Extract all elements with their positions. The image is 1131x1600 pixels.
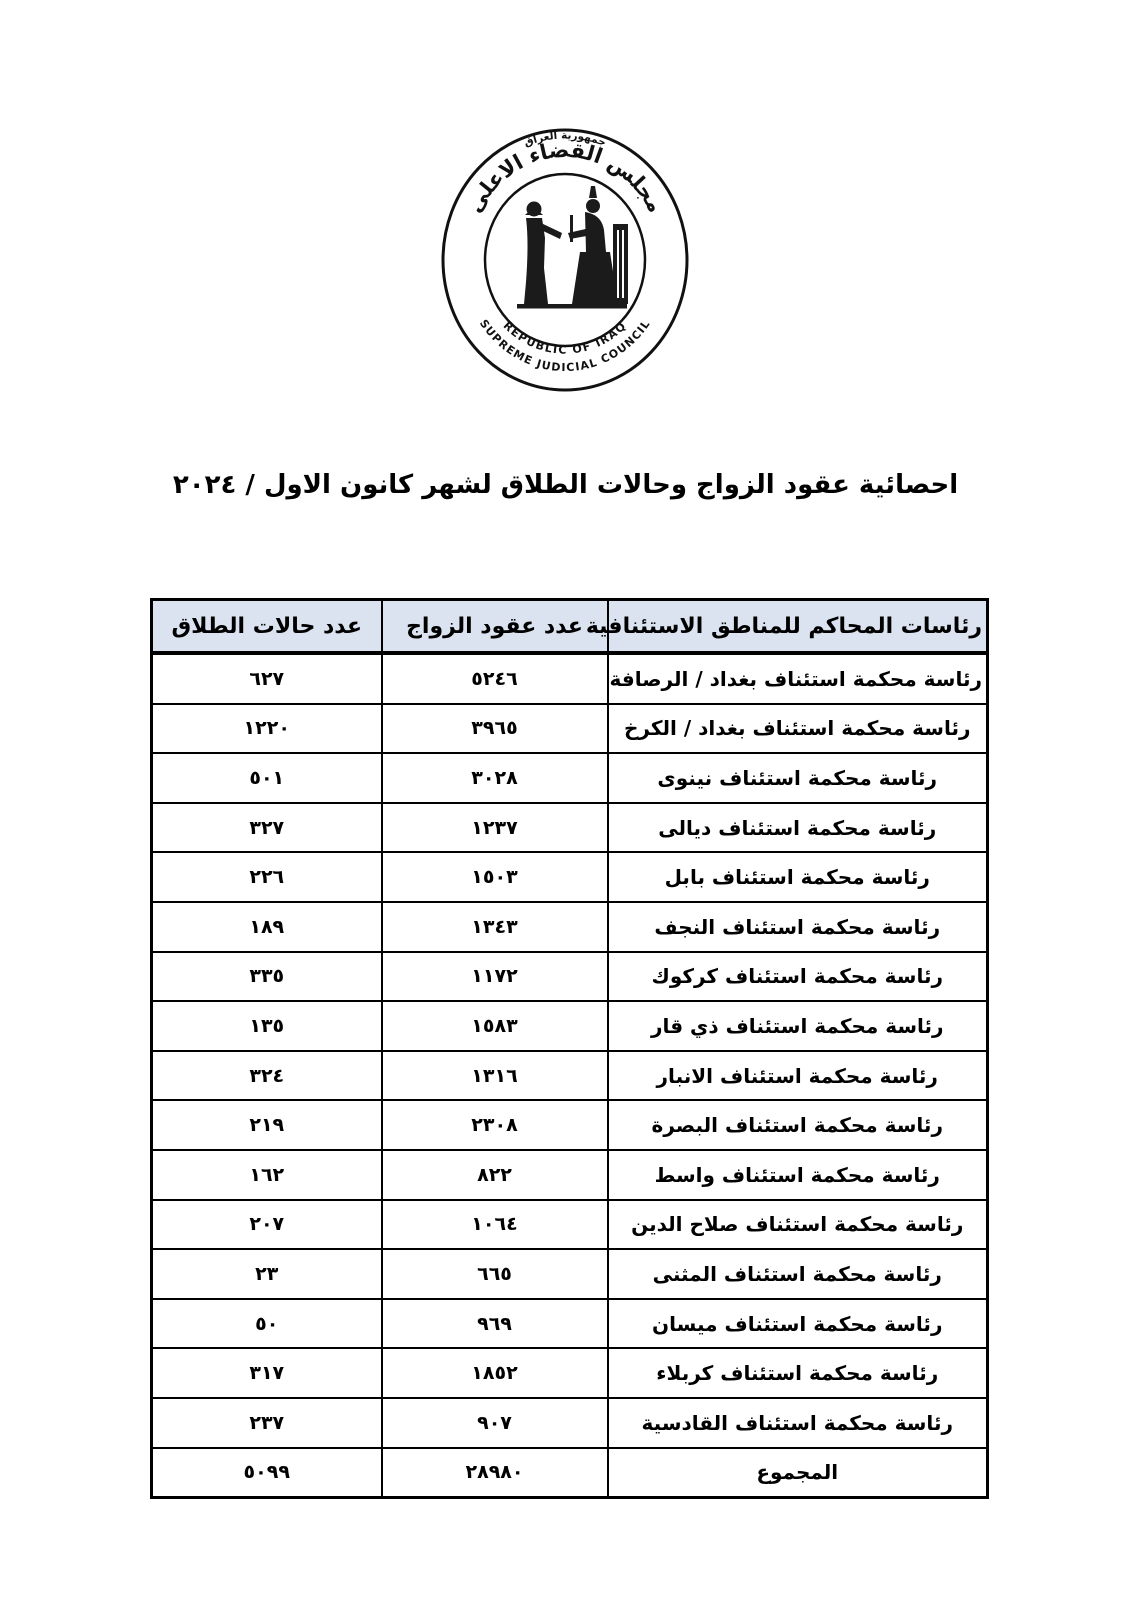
court-name-cell: رئاسة محكمة استئناف ميسان	[608, 1299, 988, 1349]
header-row: رئاسات المحاكم للمناطق الاستئنافية عدد ع…	[152, 600, 988, 654]
court-name-cell: رئاسة محكمة استئناف نينوى	[608, 753, 988, 803]
divorce-count-cell: ٣١٧	[152, 1348, 382, 1398]
column-header-divorce-cases: عدد حالات الطلاق	[152, 600, 382, 654]
court-name-cell: رئاسة محكمة استئناف ذي قار	[608, 1001, 988, 1051]
court-name-cell: رئاسة محكمة استئناف الانبار	[608, 1051, 988, 1101]
court-name-cell: رئاسة محكمة استئناف كربلاء	[608, 1348, 988, 1398]
table-row: رئاسة محكمة استئناف ذي قار١٥٨٣١٣٥	[152, 1001, 988, 1051]
divorce-count-cell: ٣٢٤	[152, 1051, 382, 1101]
marriage-count-cell: ٨٢٢	[382, 1150, 608, 1200]
table-row: رئاسة محكمة استئناف القادسية٩٠٧٢٣٧	[152, 1398, 988, 1448]
supreme-judicial-council-seal: جمهورية العراق مجلس القضاء الاعلى REPUBL…	[439, 126, 691, 394]
table-row: رئاسة محكمة استئناف بابل١٥٠٣٢٢٦	[152, 852, 988, 902]
court-name-cell: رئاسة محكمة استئناف النجف	[608, 902, 988, 952]
seal-graphic: جمهورية العراق مجلس القضاء الاعلى REPUBL…	[439, 126, 691, 394]
court-name-cell: رئاسة محكمة استئناف صلاح الدين	[608, 1200, 988, 1250]
marriage-count-cell: ٥٢٤٦	[382, 653, 608, 704]
divorce-count-cell: ٢١٩	[152, 1100, 382, 1150]
table-row: رئاسة محكمة استئناف البصرة٢٣٠٨٢١٩	[152, 1100, 988, 1150]
table-row: رئاسة محكمة استئناف ميسان٩٦٩٥٠	[152, 1299, 988, 1349]
divorce-count-cell: ١٢٢٠	[152, 704, 382, 754]
table-row: رئاسة محكمة استئناف الانبار١٣١٦٣٢٤	[152, 1051, 988, 1101]
marriage-count-cell: ٢٣٠٨	[382, 1100, 608, 1150]
divorce-count-cell: ٥٠١	[152, 753, 382, 803]
marriage-count-cell: ٦٦٥	[382, 1249, 608, 1299]
table-row: رئاسة محكمة استئناف ديالى١٢٣٧٣٢٧	[152, 803, 988, 853]
divorce-count-cell: ٢٢٦	[152, 852, 382, 902]
court-name-cell: رئاسة محكمة استئناف كركوك	[608, 952, 988, 1002]
marriage-count-cell: ١٣١٦	[382, 1051, 608, 1101]
marriage-count-cell: ١٨٥٢	[382, 1348, 608, 1398]
total-label-cell: المجموع	[608, 1448, 988, 1498]
divorce-count-cell: ٣٣٥	[152, 952, 382, 1002]
total-divorce-count-cell: ٥٠٩٩	[152, 1448, 382, 1498]
table-row: رئاسة محكمة استئناف كربلاء١٨٥٢٣١٧	[152, 1348, 988, 1398]
statistics-table: رئاسات المحاكم للمناطق الاستئنافية عدد ع…	[150, 598, 989, 1499]
total-row: المجموع٢٨٩٨٠٥٠٩٩	[152, 1448, 988, 1498]
divorce-count-cell: ٢٣	[152, 1249, 382, 1299]
marriage-count-cell: ٩٠٧	[382, 1398, 608, 1448]
court-name-cell: رئاسة محكمة استئناف بغداد / الرصافة	[608, 653, 988, 704]
divorce-count-cell: ٣٢٧	[152, 803, 382, 853]
hammurabi-shamash-figures-icon	[517, 186, 628, 309]
court-name-cell: رئاسة محكمة استئناف ديالى	[608, 803, 988, 853]
document-title: احصائية عقود الزواج وحالات الطلاق لشهر ك…	[0, 470, 1131, 500]
divorce-count-cell: ٢٣٧	[152, 1398, 382, 1448]
divorce-count-cell: ١٦٢	[152, 1150, 382, 1200]
table-row: رئاسة محكمة استئناف نينوى٣٠٢٨٥٠١	[152, 753, 988, 803]
divorce-count-cell: ٦٢٧	[152, 653, 382, 704]
marriage-count-cell: ١٢٣٧	[382, 803, 608, 853]
divorce-count-cell: ٥٠	[152, 1299, 382, 1349]
court-name-cell: رئاسة محكمة استئناف المثنى	[608, 1249, 988, 1299]
marriage-count-cell: ٩٦٩	[382, 1299, 608, 1349]
court-name-cell: رئاسة محكمة استئناف بغداد / الكرخ	[608, 704, 988, 754]
marriage-count-cell: ١٥٠٣	[382, 852, 608, 902]
table-row: رئاسة محكمة استئناف النجف١٣٤٣١٨٩	[152, 902, 988, 952]
seal-text-council-arabic: مجلس القضاء الاعلى	[462, 138, 668, 217]
table-header: رئاسات المحاكم للمناطق الاستئنافية عدد ع…	[152, 600, 988, 654]
court-name-cell: رئاسة محكمة استئناف بابل	[608, 852, 988, 902]
table-body: رئاسة محكمة استئناف بغداد / الرصافة٥٢٤٦٦…	[152, 653, 988, 1498]
document-page: جمهورية العراق مجلس القضاء الاعلى REPUBL…	[0, 0, 1131, 1600]
divorce-count-cell: ١٨٩	[152, 902, 382, 952]
total-marriage-count-cell: ٢٨٩٨٠	[382, 1448, 608, 1498]
column-header-marriage-contracts: عدد عقود الزواج	[382, 600, 608, 654]
marriage-count-cell: ١١٧٢	[382, 952, 608, 1002]
marriage-count-cell: ٣٠٢٨	[382, 753, 608, 803]
table-row: رئاسة محكمة استئناف صلاح الدين١٠٦٤٢٠٧	[152, 1200, 988, 1250]
table-row: رئاسة محكمة استئناف واسط٨٢٢١٦٢	[152, 1150, 988, 1200]
marriage-count-cell: ١٣٤٣	[382, 902, 608, 952]
divorce-count-cell: ٢٠٧	[152, 1200, 382, 1250]
table-row: رئاسة محكمة استئناف بغداد / الرصافة٥٢٤٦٦…	[152, 653, 988, 704]
court-name-cell: رئاسة محكمة استئناف القادسية	[608, 1398, 988, 1448]
divorce-count-cell: ١٣٥	[152, 1001, 382, 1051]
marriage-count-cell: ٣٩٦٥	[382, 704, 608, 754]
marriage-count-cell: ١٥٨٣	[382, 1001, 608, 1051]
table-row: رئاسة محكمة استئناف كركوك١١٧٢٣٣٥	[152, 952, 988, 1002]
table-row: رئاسة محكمة استئناف المثنى٦٦٥٢٣	[152, 1249, 988, 1299]
table-row: رئاسة محكمة استئناف بغداد / الكرخ٣٩٦٥١٢٢…	[152, 704, 988, 754]
court-name-cell: رئاسة محكمة استئناف واسط	[608, 1150, 988, 1200]
column-header-courts: رئاسات المحاكم للمناطق الاستئنافية	[608, 600, 988, 654]
marriage-count-cell: ١٠٦٤	[382, 1200, 608, 1250]
court-name-cell: رئاسة محكمة استئناف البصرة	[608, 1100, 988, 1150]
